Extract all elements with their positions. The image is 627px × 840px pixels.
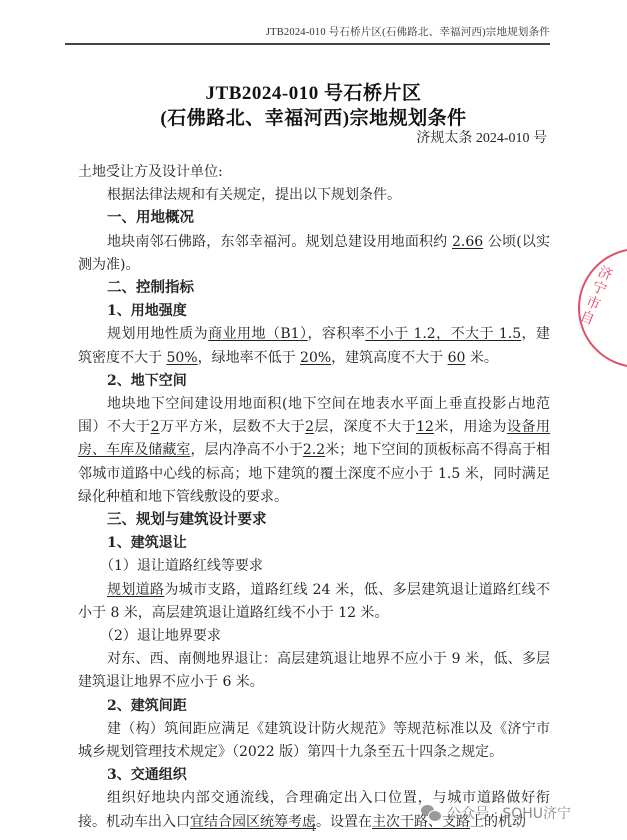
item-boundary-setback-heading: （2）退让地界要求 bbox=[78, 625, 550, 648]
planned-road-term: 规划道路 bbox=[107, 582, 164, 598]
text-span: 层，深度不大于 bbox=[314, 419, 416, 435]
subheading-setback: 1、建筑退让 bbox=[78, 532, 550, 555]
text-span: 万平方米，层数不大于 bbox=[159, 419, 305, 435]
section-heading-land-overview: 一、用地概况 bbox=[78, 207, 550, 230]
intro-paragraph: 根据法律法规和有关规定，提出以下规划条件。 bbox=[78, 184, 550, 207]
addressee: 土地受让方及设计单位: bbox=[78, 161, 550, 184]
document-title-line1: JTB2024-010 号石桥片区 bbox=[0, 78, 627, 105]
text-span: ，容积率 bbox=[307, 326, 365, 342]
document-number: 济规太条 2024-010 号 bbox=[416, 127, 547, 147]
text-span: 米。 bbox=[465, 350, 497, 366]
header-divider bbox=[65, 43, 550, 45]
subheading-underground-space: 2、地下空间 bbox=[78, 370, 550, 393]
floors-value: 2 bbox=[305, 419, 314, 435]
text-span: ，层内净高不小于 bbox=[190, 442, 302, 458]
height-value: 60 bbox=[448, 350, 466, 366]
green-ratio-value: 20% bbox=[300, 350, 331, 366]
depth-value: 12 bbox=[416, 419, 434, 435]
subheading-traffic: 3、交通组织 bbox=[78, 764, 550, 787]
underground-space-paragraph: 地块地下空间建设用地面积(地下空间在地表水平面上垂直投影占地范围）不大于2万平方… bbox=[78, 393, 550, 509]
building-spacing-paragraph: 建（构）筑间距应满足《建筑设计防火规范》等规范标准以及《济宁市城乡规划管理技术规… bbox=[78, 718, 550, 764]
watermark-text: 公众号 · SOHU济宁 bbox=[447, 803, 571, 823]
clear-height-value: 2.2 bbox=[303, 442, 325, 458]
document-body: 土地受让方及设计单位: 根据法律法规和有关规定，提出以下规划条件。 一、用地概况… bbox=[78, 161, 550, 834]
section-heading-design-requirements: 三、规划与建筑设计要求 bbox=[78, 509, 550, 532]
document-title-line2: (石佛路北、幸福河西)宗地规划条件 bbox=[0, 103, 627, 130]
land-use-value: 商业用地（B1） bbox=[208, 326, 307, 342]
land-overview-paragraph: 地块南邻石佛路，东邻幸福河。规划总建设用地面积约 2.66 公顷(以实测为准)。 bbox=[78, 231, 550, 277]
subheading-building-spacing: 2、建筑间距 bbox=[78, 695, 550, 718]
far-value: 不小于 1.2，不大于 1.5 bbox=[365, 326, 521, 342]
density-value: 50% bbox=[166, 350, 197, 366]
text-span: 规划用地性质为 bbox=[107, 326, 208, 342]
boundary-setback-paragraph: 对东、西、南侧地界退让：高层建筑退让地界不应小于 9 米，低、多层建筑退让地界不… bbox=[78, 648, 550, 694]
wechat-icon bbox=[421, 805, 441, 821]
section-heading-control-indicators: 二、控制指标 bbox=[78, 277, 550, 300]
wechat-watermark: 公众号 · SOHU济宁 bbox=[421, 803, 571, 823]
road-setback-paragraph: 规划道路为城市支路，道路红线 24 米，低、多层建筑退让道路红线不小于 8 米，… bbox=[78, 579, 550, 625]
land-area-value: 2.66 bbox=[452, 234, 483, 250]
text-span: 地块南邻石佛路，东邻幸福河。规划总建设用地面积约 bbox=[107, 234, 447, 250]
item-road-setback-heading: （1）退让道路红线等要求 bbox=[78, 555, 550, 578]
text-span: ，建筑高度不大于 bbox=[331, 350, 447, 366]
subheading-land-intensity: 1、用地强度 bbox=[78, 300, 550, 323]
running-header: JTB2024-010 号石桥片区(石佛路北、幸福河西)宗地规划条件 bbox=[65, 24, 550, 39]
text-span: 米，用途为 bbox=[434, 419, 507, 435]
text-span: ，绿地率不低于 bbox=[198, 350, 300, 366]
land-intensity-paragraph: 规划用地性质为商业用地（B1），容积率不小于 1.2，不大于 1.5，建筑密度不… bbox=[78, 323, 550, 369]
page-number: 1 bbox=[0, 822, 627, 834]
